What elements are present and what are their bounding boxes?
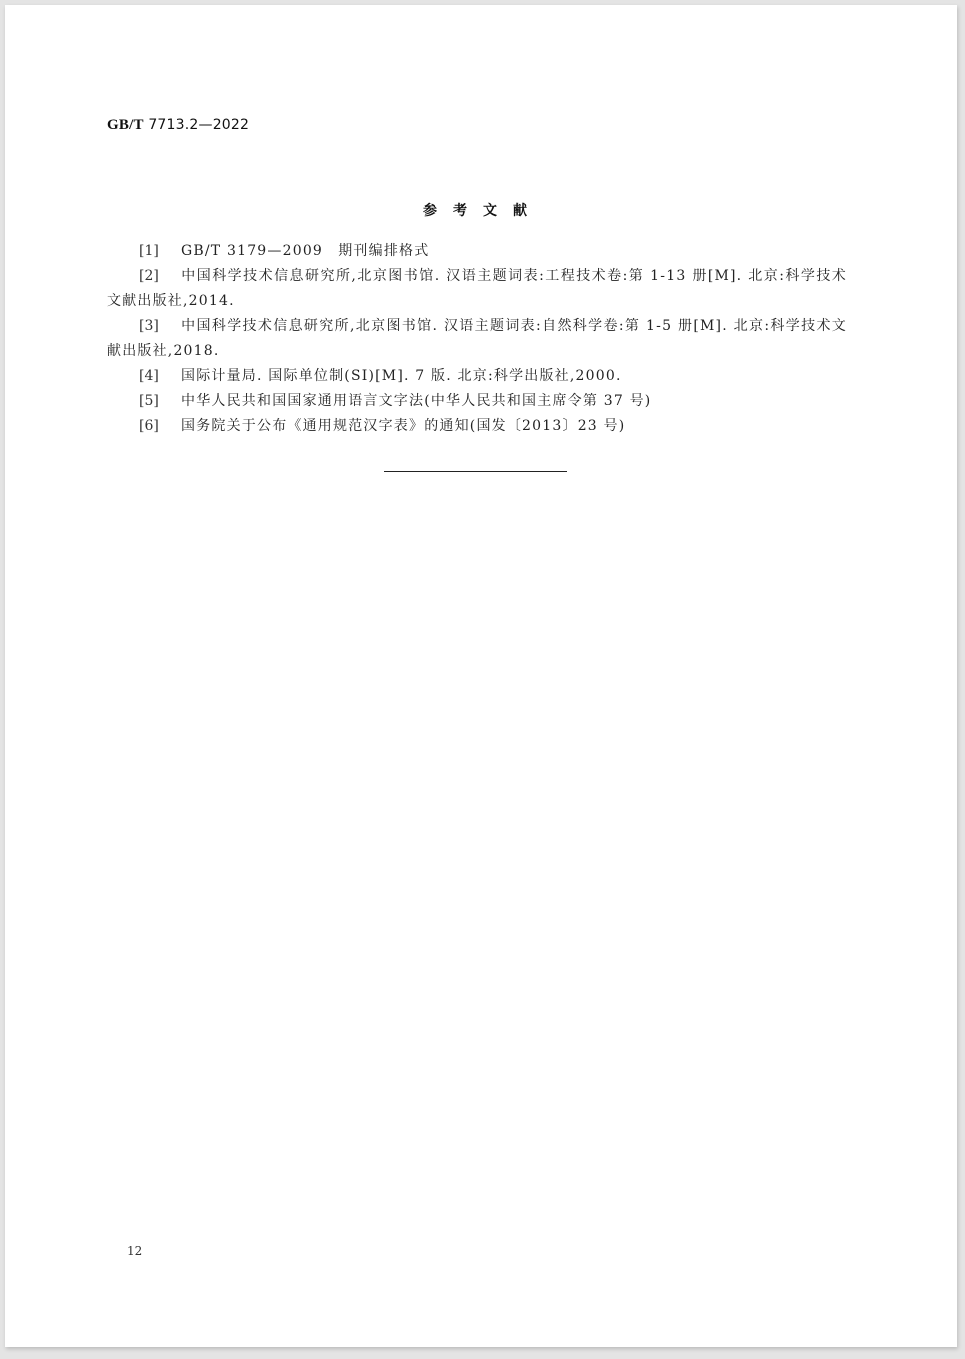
standard-number: 7713.2—2022 xyxy=(148,117,249,133)
reference-number: [3] xyxy=(139,314,181,339)
standard-prefix: GB/T xyxy=(107,117,144,133)
reference-item: [2]中国科学技术信息研究所,北京图书馆. 汉语主题词表:工程技术卷:第 1-1… xyxy=(107,264,847,314)
reference-text: 中国科学技术信息研究所,北京图书馆. 汉语主题词表:自然科学卷:第 1-5 册[… xyxy=(107,318,847,359)
reference-number: [5] xyxy=(139,389,181,414)
reference-item: [6]国务院关于公布《通用规范汉字表》的通知(国发〔2013〕23 号) xyxy=(107,414,847,439)
reference-number: [4] xyxy=(139,364,181,389)
end-of-document-rule xyxy=(384,471,567,472)
reference-number: [6] xyxy=(139,414,181,439)
reference-number: [1] xyxy=(139,239,181,264)
section-title: 参考文献 xyxy=(5,200,953,220)
reference-number: [2] xyxy=(139,264,181,289)
reference-item: [4]国际计量局. 国际单位制(SI)[M]. 7 版. 北京:科学出版社,20… xyxy=(107,364,847,389)
reference-text: 中国科学技术信息研究所,北京图书馆. 汉语主题词表:工程技术卷:第 1-13 册… xyxy=(107,268,847,309)
reference-item: [3]中国科学技术信息研究所,北京图书馆. 汉语主题词表:自然科学卷:第 1-5… xyxy=(107,314,847,364)
reference-text: 中华人民共和国国家通用语言文字法(中华人民共和国主席令第 37 号) xyxy=(181,393,651,409)
reference-text: 国际计量局. 国际单位制(SI)[M]. 7 版. 北京:科学出版社,2000. xyxy=(181,368,622,384)
reference-list: [1]GB/T 3179—2009 期刊编排格式 [2]中国科学技术信息研究所,… xyxy=(107,239,847,439)
reference-item: [5]中华人民共和国国家通用语言文字法(中华人民共和国主席令第 37 号) xyxy=(107,389,847,414)
reference-text: 国务院关于公布《通用规范汉字表》的通知(国发〔2013〕23 号) xyxy=(181,418,625,434)
reference-item: [1]GB/T 3179—2009 期刊编排格式 xyxy=(107,239,847,264)
reference-text: GB/T 3179—2009 期刊编排格式 xyxy=(181,243,429,259)
page-number: 12 xyxy=(127,1244,142,1258)
document-page: GB/T 7713.2—2022 参考文献 [1]GB/T 3179—2009 … xyxy=(5,5,957,1347)
standard-header: GB/T 7713.2—2022 xyxy=(107,117,249,134)
